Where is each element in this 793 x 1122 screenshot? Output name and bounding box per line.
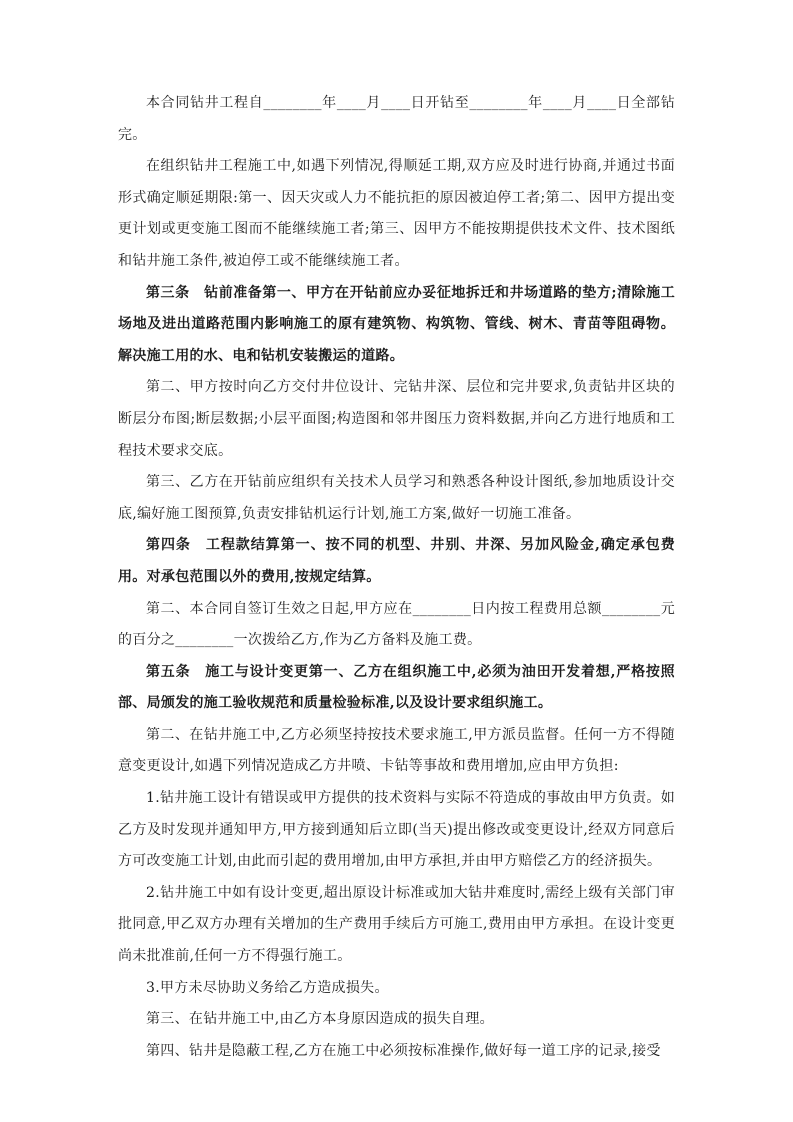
paragraph-party-b-own-loss: 第三、在钻井施工中,由乙方本身原因造成的损失自理。 (118, 1004, 675, 1036)
paragraph-article-4-settlement: 第四条 工程款结算第一、按不同的机型、井别、井深、另加风险金,确定承包费用。对承… (118, 530, 675, 593)
paragraph-supervision: 第二、在钻井施工中,乙方必须坚持按技术要求施工,甲方派员监督。任何一方不得随意变… (118, 720, 675, 783)
contract-body: 本合同钻井工程自________年____月____日开钻至________年_… (118, 88, 675, 1067)
paragraph-party-a-deliverables: 第二、甲方按时向乙方交付井位设计、完钻井深、层位和完井要求,负责钻井区块的断层分… (118, 372, 675, 467)
paragraph-item-1-design-errors: 1.钻井施工设计有错误或甲方提供的技术资料与实际不符造成的事故由甲方负责。如乙方… (118, 783, 675, 878)
document-page: 本合同钻井工程自________年____月____日开钻至________年_… (0, 0, 793, 1122)
paragraph-delay-conditions: 在组织钻井工程施工中,如遇下列情况,得顺延工期,双方应及时进行协商,并通过书面形… (118, 151, 675, 277)
paragraph-payment-terms: 第二、本合同自签订生效之日起,甲方应在________日内按工程费用总额____… (118, 594, 675, 657)
paragraph-party-b-preparation: 第三、乙方在开钻前应组织有关技术人员学习和熟悉各种设计图纸,参加地质设计交底,编… (118, 467, 675, 530)
paragraph-term-dates: 本合同钻井工程自________年____月____日开钻至________年_… (118, 88, 675, 151)
paragraph-article-3-preparation: 第三条 钻前准备第一、甲方在开钻前应办妥征地拆迁和井场道路的垫方;清除施工场地及… (118, 278, 675, 373)
paragraph-hidden-works: 第四、钻井是隐蔽工程,乙方在施工中必须按标准操作,做好每一道工序的记录,接受 (118, 1036, 675, 1068)
paragraph-item-2-design-change: 2.钻井施工中如有设计变更,超出原设计标准或加大钻井难度时,需经上级有关部门审批… (118, 878, 675, 973)
paragraph-item-3-assist-duty: 3.甲方未尽协助义务给乙方造成损失。 (118, 973, 675, 1005)
paragraph-article-5-changes: 第五条 施工与设计变更第一、乙方在组织施工中,必须为油田开发着想,严格按照部、局… (118, 657, 675, 720)
